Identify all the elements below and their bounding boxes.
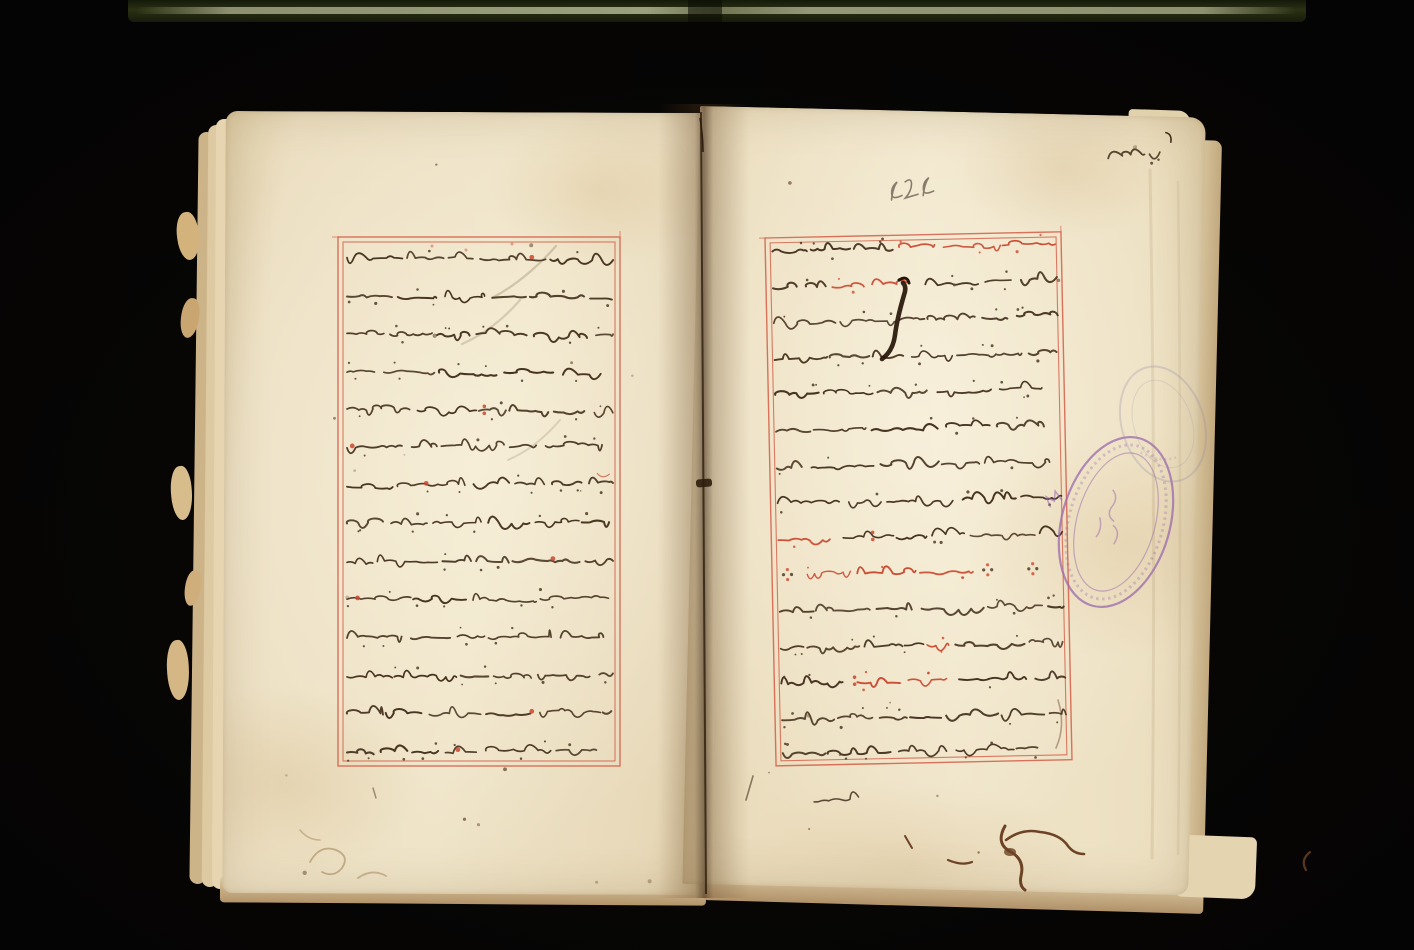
- foxing-speck: [403, 454, 405, 456]
- diacritic-dot: [1013, 612, 1016, 615]
- left-page-text-line-3: [347, 323, 613, 345]
- script-stroke: [880, 717, 907, 720]
- script-stroke: [774, 315, 836, 329]
- diacritic-dot: [500, 401, 503, 404]
- script-stroke: [780, 607, 814, 613]
- diacritic-dot: [851, 639, 853, 641]
- script-stroke: [560, 631, 603, 639]
- right-page-text-line-8: [777, 488, 1061, 514]
- script-stroke: [1017, 311, 1058, 317]
- script-stroke: [814, 791, 859, 803]
- script-stroke: [554, 411, 584, 414]
- diacritic-dot: [448, 328, 450, 330]
- rubric-colon: [482, 412, 486, 416]
- diacritic-dot: [1052, 594, 1054, 596]
- diacritic-dot: [783, 726, 785, 728]
- diacritic-dot: [551, 606, 553, 608]
- diacritic-dot: [562, 290, 565, 293]
- script-stroke: [347, 295, 392, 298]
- script-stroke: [776, 428, 810, 432]
- diacritic-dot: [786, 743, 789, 746]
- dot-cluster: [786, 578, 789, 581]
- stray-stroke: [746, 776, 753, 800]
- foxing-speck: [529, 243, 533, 247]
- script-stroke: [412, 440, 437, 447]
- rubric-dot: [529, 709, 534, 714]
- right-page-text-line-14: [782, 703, 1066, 730]
- script-stroke: [480, 253, 546, 261]
- diacritic-dot: [427, 491, 429, 493]
- diacritic-dot: [348, 301, 351, 304]
- script-stroke: [538, 674, 590, 680]
- script-stroke: [347, 253, 402, 264]
- script-stroke: [872, 424, 938, 432]
- diacritic-dot: [1034, 756, 1037, 759]
- script-stroke: [899, 242, 935, 248]
- diacritic-dot: [454, 744, 456, 746]
- script-stroke: [959, 672, 1026, 681]
- diacritic-dot: [973, 380, 975, 382]
- script-stroke: [937, 389, 991, 396]
- script-stroke: [442, 556, 471, 562]
- script-stroke: [807, 571, 850, 579]
- right-page-text-line-3: [773, 305, 1057, 329]
- rubric-dot: [355, 596, 360, 601]
- script-stroke: [911, 350, 952, 362]
- diacritic-dot: [793, 546, 796, 549]
- script-stroke: [783, 752, 826, 758]
- diacritic-dot: [933, 541, 936, 544]
- diacritic-dot: [827, 457, 829, 459]
- script-stroke: [347, 405, 410, 415]
- left-page-text: [347, 249, 614, 762]
- diacritic-dot: [606, 304, 609, 307]
- diacritic-dot: [347, 605, 349, 607]
- vein-stain: [905, 836, 912, 848]
- diacritic-dot: [1047, 597, 1050, 600]
- diacritic-dot: [585, 512, 588, 515]
- script-stroke: [946, 709, 998, 721]
- diacritic-dot: [443, 568, 445, 570]
- script-stroke: [827, 746, 890, 755]
- script-stroke: [347, 445, 402, 453]
- fore-edge-crease: [1150, 170, 1154, 858]
- script-stroke: [417, 406, 476, 416]
- left-frame-inner-rule: [343, 242, 615, 761]
- diacritic-dot: [600, 491, 603, 494]
- diacritic-dot: [955, 432, 958, 435]
- script-stroke: [563, 369, 601, 380]
- diacritic-dot: [940, 541, 943, 544]
- script-stroke: [347, 749, 374, 754]
- diacritic-dot: [435, 742, 438, 745]
- diacritic-dot: [886, 707, 888, 709]
- script-stroke: [988, 600, 1043, 612]
- script-stroke: [806, 281, 826, 287]
- diacritic-dot: [898, 708, 901, 711]
- script-stroke: [534, 331, 587, 343]
- foxing-speck: [570, 361, 573, 364]
- left-page-text-line-4: [347, 361, 601, 383]
- left-page-text-line-12: [347, 665, 613, 686]
- script-stroke: [398, 296, 437, 299]
- diacritic-dot: [569, 341, 571, 343]
- diacritic-dot: [593, 437, 595, 439]
- script-stroke: [530, 293, 584, 299]
- dot-cluster: [1031, 562, 1034, 565]
- foxing-speck: [345, 596, 349, 600]
- diacritic-dot: [497, 566, 500, 569]
- diacritic-dot: [495, 642, 498, 645]
- diacritic-dot: [862, 707, 864, 709]
- dot-cluster: [986, 573, 989, 576]
- foxing-speck: [1049, 712, 1051, 714]
- diacritic-dot: [491, 418, 493, 420]
- script-stroke: [920, 571, 973, 575]
- diacritic-dot: [544, 740, 546, 742]
- script-stroke: [982, 317, 1007, 320]
- diacritic-dot: [476, 438, 479, 441]
- diacritic-dot: [1157, 158, 1160, 161]
- diacritic-dot: [970, 287, 973, 290]
- diacritic-dot: [942, 637, 945, 640]
- diacritic-dot: [951, 275, 953, 277]
- diacritic-dot: [1021, 307, 1023, 309]
- left-page-text-line-1: [347, 249, 613, 265]
- diacritic-dot: [899, 240, 901, 242]
- script-stroke: [824, 389, 873, 396]
- script-stroke: [955, 641, 1024, 650]
- diacritic-dot: [920, 345, 922, 347]
- foxing-speck: [435, 163, 437, 165]
- diacritic-dot: [398, 378, 400, 380]
- script-stroke: [854, 243, 893, 252]
- script-stroke: [457, 635, 484, 638]
- foxing-speck: [889, 702, 891, 704]
- diacritic-dot: [382, 645, 384, 647]
- dot-cluster: [1027, 567, 1030, 570]
- diacritic-dot: [779, 473, 781, 475]
- show-through-curl: [300, 830, 320, 840]
- script-stroke: [877, 387, 927, 399]
- diacritic-dot: [416, 604, 419, 607]
- diacritic-dot: [966, 490, 969, 493]
- foxing-speck: [808, 828, 810, 830]
- diacritic-dot: [791, 712, 794, 715]
- stamp-emblem: [1104, 490, 1122, 522]
- script-stroke: [540, 596, 608, 600]
- script-stroke: [494, 673, 532, 678]
- script-stroke: [774, 353, 827, 364]
- script-stroke: [1149, 152, 1160, 159]
- diacritic-dot: [520, 604, 522, 606]
- right-page-text-line-6: [776, 414, 1044, 440]
- diacritic-dot: [972, 417, 975, 420]
- script-stroke: [512, 558, 579, 563]
- catchword: [814, 791, 859, 803]
- diacritic-dot: [1016, 417, 1018, 419]
- script-stroke: [943, 243, 1000, 253]
- foxing-speck: [353, 469, 356, 472]
- left-frame-outer-rule: [338, 237, 620, 766]
- diacritic-dot: [461, 684, 463, 686]
- diacritic-dot: [1015, 250, 1018, 253]
- left-page-text-line-7: [347, 473, 613, 496]
- script-stroke: [381, 745, 408, 752]
- script-stroke: [599, 673, 613, 676]
- script-stroke: [857, 678, 900, 688]
- show-through-curl: [310, 849, 345, 875]
- foxing-speck: [807, 714, 811, 718]
- script-stroke: [781, 646, 804, 650]
- photograph-stage: 424 424: [0, 0, 1414, 950]
- script-stroke: [429, 707, 480, 718]
- diacritic-dot: [480, 569, 483, 572]
- foxing-speck: [463, 818, 466, 821]
- diacritic-dot: [1005, 270, 1008, 273]
- script-stroke: [515, 478, 544, 485]
- script-stroke: [411, 637, 450, 639]
- script-stroke: [896, 535, 926, 540]
- script-stroke: [927, 643, 949, 651]
- script-stroke: [887, 495, 953, 508]
- script-stroke: [876, 603, 911, 610]
- diacritic-dot: [895, 615, 898, 618]
- script-stroke: [590, 298, 612, 299]
- left-page-text-line-13: [347, 705, 612, 718]
- ink-offset-smudge: [508, 420, 560, 460]
- right-page-text-line-13: [781, 667, 1065, 693]
- foxing-speck: [503, 767, 507, 771]
- diacritic-dot: [1010, 466, 1013, 469]
- foxing-speck: [977, 851, 979, 853]
- script-stroke: [347, 706, 383, 715]
- dot-cluster: [786, 568, 789, 571]
- diacritic-dot: [1000, 489, 1003, 492]
- script-stroke: [1050, 709, 1067, 715]
- diacritic-dot: [416, 512, 419, 515]
- diacritic-dot: [1000, 381, 1003, 384]
- diacritic-dot: [364, 455, 366, 457]
- diacritic-dot: [517, 474, 519, 476]
- script-stroke: [956, 744, 1014, 756]
- diacritic-dot: [812, 383, 815, 386]
- diacritic-dot: [473, 531, 475, 533]
- diacritic-dot: [868, 385, 870, 387]
- rubric-colon: [853, 675, 857, 679]
- diacritic-dot: [1036, 359, 1039, 362]
- script-stroke: [970, 533, 1035, 541]
- script-stroke: [777, 461, 802, 470]
- diacritic-dot: [421, 757, 424, 760]
- diacritic-dot: [457, 363, 459, 365]
- diacritic-dot: [783, 316, 785, 318]
- right-page-text-line-5: [775, 377, 1042, 404]
- script-stroke: [1029, 350, 1057, 356]
- diacritic-dot: [991, 344, 994, 347]
- foxing-speck: [333, 417, 336, 420]
- diacritic-dot: [368, 757, 370, 759]
- script-stroke: [585, 559, 613, 565]
- script-stroke: [900, 317, 925, 320]
- show-through-curl: [358, 872, 386, 878]
- script-stroke: [596, 334, 613, 336]
- diacritic-dot: [881, 237, 884, 240]
- script-stroke: [932, 527, 964, 535]
- right-page-text-line-7: [777, 451, 1050, 475]
- diacritic-dot: [575, 418, 577, 420]
- diacritic-dot: [807, 567, 809, 569]
- script-stroke: [412, 751, 438, 754]
- diacritic-dot: [357, 530, 359, 532]
- diacritic-dot: [460, 627, 462, 629]
- dot-cluster: [782, 573, 785, 576]
- left-page-text-line-2: [347, 288, 612, 307]
- diacritic-dot: [531, 492, 533, 494]
- diacritic-dot: [568, 743, 571, 746]
- red-fleck: [431, 245, 434, 248]
- diacritic-dot: [810, 616, 813, 619]
- sewing-stitch: [696, 478, 713, 487]
- script-stroke: [997, 420, 1044, 430]
- script-stroke: [811, 242, 850, 250]
- vein-stain: [1006, 831, 1084, 854]
- script-stroke: [830, 353, 870, 358]
- diacritic-dot: [1056, 721, 1058, 723]
- diacritic-dot: [863, 311, 866, 314]
- script-stroke: [813, 428, 865, 432]
- diacritic-dot: [862, 688, 865, 691]
- vein-stain: [1304, 852, 1310, 870]
- diacritic-dot: [394, 667, 396, 669]
- diacritic-dot: [780, 511, 783, 514]
- script-stroke: [437, 332, 470, 341]
- diacritic-dot: [495, 682, 497, 684]
- diacritic-dot: [560, 489, 563, 492]
- diacritic-dot: [363, 645, 365, 647]
- script-stroke: [504, 369, 553, 374]
- diacritic-dot: [861, 362, 863, 364]
- foxing-speck: [303, 871, 307, 875]
- diacritic-dot: [539, 588, 542, 591]
- script-stroke: [775, 390, 819, 399]
- diacritic-dot: [1004, 288, 1006, 290]
- script-stroke: [908, 678, 946, 686]
- diacritic-dot: [1039, 234, 1041, 236]
- script-stroke: [582, 520, 609, 527]
- script-stroke: [816, 603, 870, 611]
- foxing-speck: [580, 490, 582, 492]
- script-stroke: [445, 291, 485, 303]
- script-stroke: [535, 518, 579, 527]
- stray-stroke: [1056, 700, 1062, 748]
- diacritic-dot: [348, 362, 350, 364]
- script-stroke: [476, 556, 509, 563]
- diacritic-dot: [347, 760, 349, 762]
- script-stroke: [840, 319, 894, 327]
- right-page-text-line-11: [780, 594, 1064, 620]
- diacritic-dot: [389, 591, 391, 593]
- script-stroke: [479, 408, 506, 416]
- diacritic-dot: [881, 566, 883, 568]
- rubric-dot: [550, 556, 555, 561]
- diacritic-dot: [813, 242, 815, 244]
- diacritic-dot: [445, 327, 447, 329]
- left-page-text-line-5: [347, 400, 613, 422]
- diacritic-dot: [806, 279, 809, 282]
- diacritic-dot: [433, 304, 435, 306]
- script-stroke: [880, 456, 939, 469]
- script-stroke: [433, 517, 481, 527]
- left-page-text-line-6: [347, 435, 602, 457]
- script-stroke: [552, 481, 582, 485]
- diacritic-dot: [416, 667, 419, 670]
- script-stroke: [441, 439, 504, 451]
- corner-ink-folio-mark: [1106, 132, 1173, 169]
- script-stroke: [347, 330, 384, 334]
- script-stroke: [509, 405, 548, 416]
- diacritic-dot: [837, 364, 839, 366]
- script-stroke: [910, 717, 941, 719]
- foxing-speck: [1133, 145, 1137, 149]
- manuscript-artwork: [0, 0, 1414, 950]
- diacritic-dot: [577, 489, 579, 491]
- rubric-colon: [853, 682, 857, 686]
- left-frame: [332, 231, 620, 766]
- rubric-dot: [455, 747, 460, 752]
- diacritic-dot: [416, 288, 419, 291]
- script-stroke: [985, 280, 1011, 282]
- script-stroke: [445, 746, 476, 753]
- stamp-text-ring: [1049, 433, 1183, 611]
- script-stroke: [384, 370, 435, 374]
- diacritic-dot: [395, 325, 398, 328]
- script-stroke: [347, 484, 393, 489]
- ink-offset-smudge: [462, 300, 520, 344]
- diacritic-dot: [597, 327, 599, 329]
- left-page-text-line-14: [347, 740, 596, 762]
- dot-cluster: [1031, 572, 1034, 575]
- left-page-text-line-8: [347, 511, 609, 534]
- script-stroke: [832, 283, 864, 288]
- diacritic-dot: [412, 530, 414, 532]
- left-page-text-line-11: [347, 626, 604, 647]
- diacritic-dot: [838, 278, 840, 280]
- script-stroke: [999, 381, 1042, 390]
- script-stroke: [782, 712, 834, 726]
- diacritic-dot: [428, 250, 431, 253]
- script-stroke: [772, 249, 807, 254]
- script-stroke: [1016, 747, 1037, 749]
- script-stroke: [594, 406, 613, 417]
- diacritic-dot: [989, 686, 991, 688]
- foxing-speck: [768, 772, 770, 774]
- script-stroke: [864, 639, 902, 647]
- script-stroke: [394, 670, 456, 681]
- diacritic-dot: [815, 384, 817, 386]
- script-stroke: [347, 518, 383, 528]
- script-stroke: [397, 478, 465, 487]
- script-stroke: [589, 477, 613, 483]
- script-stroke: [486, 713, 530, 716]
- diacritic-dot: [982, 344, 984, 346]
- right-page-text-line-4: [774, 341, 1057, 370]
- script-stroke: [811, 465, 873, 470]
- foxing-speck: [595, 881, 598, 884]
- script-stroke: [448, 252, 473, 259]
- rubric-colon: [871, 538, 875, 542]
- diacritic-dot: [539, 515, 541, 517]
